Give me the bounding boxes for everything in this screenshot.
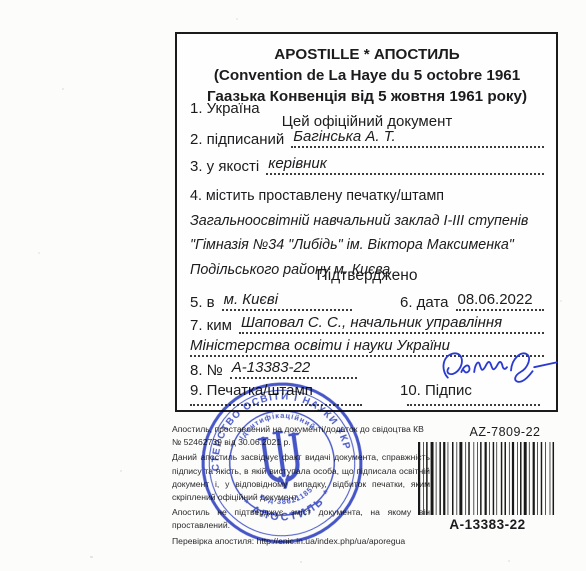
scan-speck <box>90 556 93 558</box>
field-acting-as: 3. у якості керівник <box>190 153 544 175</box>
field-acting-as-line: керівник <box>266 155 544 175</box>
field-certified-by: 7. ким Шаповал С. С., начальник управлін… <box>190 312 544 334</box>
field-seal-description-label: 4. містить проставлену печатку/штамп <box>190 188 444 204</box>
scan-speck <box>560 300 562 302</box>
field-certified-by-value1: Шаповал С. С., начальник управління <box>241 314 502 331</box>
barcode-value: А-13383-22 <box>418 517 557 532</box>
field-certified-at-label: 5. в <box>190 294 222 311</box>
scan-speck <box>236 18 238 20</box>
ukraine-trident-icon <box>258 430 304 490</box>
barcode-block: А-13383-22 <box>418 442 557 536</box>
field-date-value: 08.06.2022 <box>458 291 533 308</box>
field-acting-as-value: керівник <box>268 155 327 172</box>
handwritten-signature <box>435 342 563 394</box>
field-signed-by: 2. підписаний Багінська А. Т. <box>190 126 544 148</box>
field-date-line: 08.06.2022 <box>456 291 545 311</box>
field-number-label: 8. № <box>190 362 230 379</box>
scanned-apostille-page: { "colors": { "stamp_blue": "#2e40c2", "… <box>0 0 586 571</box>
field-acting-as-label: 3. у якості <box>190 158 266 175</box>
field-number-value: А-13383-22 <box>232 359 310 376</box>
scan-speck <box>508 560 510 562</box>
scan-speck <box>120 470 122 472</box>
field-date: 6. дата 08.06.2022 <box>400 289 544 311</box>
apostille-title-line2: (Convention de La Haye du 5 octobre 1961 <box>190 65 544 86</box>
scan-speck <box>62 88 64 90</box>
field-certified-by-line1: Шаповал С. С., начальник управління <box>239 314 544 334</box>
field-date-label: 6. дата <box>400 294 456 311</box>
field-certified-at-line: м. Києві <box>222 291 352 311</box>
scan-speck <box>300 561 302 563</box>
barcode-image <box>418 442 557 515</box>
round-stamp: МІНІСТЕРСТВО ОСВІТИ І НАУКИ УКРАЇНИ * АП… <box>189 370 374 555</box>
apostille-certificate-box: APOSTILLE * АПОСТИЛЬ (Convention de La H… <box>175 32 558 412</box>
apostille-title-line1: APOSTILLE * АПОСТИЛЬ <box>190 44 544 65</box>
field-certified-by-label: 7. ким <box>190 317 239 334</box>
field-signed-by-label: 2. підписаний <box>190 131 291 148</box>
scan-speck <box>38 252 40 254</box>
field-certified-at: 5. в м. Києві <box>190 289 352 311</box>
field-signed-by-line: Багінська А. Т. <box>291 128 544 148</box>
confirmed-heading: Підтверджено <box>190 267 544 285</box>
field-signed-by-value: Багінська А. Т. <box>293 128 395 145</box>
signature-dotted-line <box>407 394 540 406</box>
field-certified-by-value2: Міністерства освіти і науки України <box>190 337 450 354</box>
field-certified-at-value: м. Києві <box>224 291 278 308</box>
registry-code: AZ-7809-22 <box>450 425 560 439</box>
